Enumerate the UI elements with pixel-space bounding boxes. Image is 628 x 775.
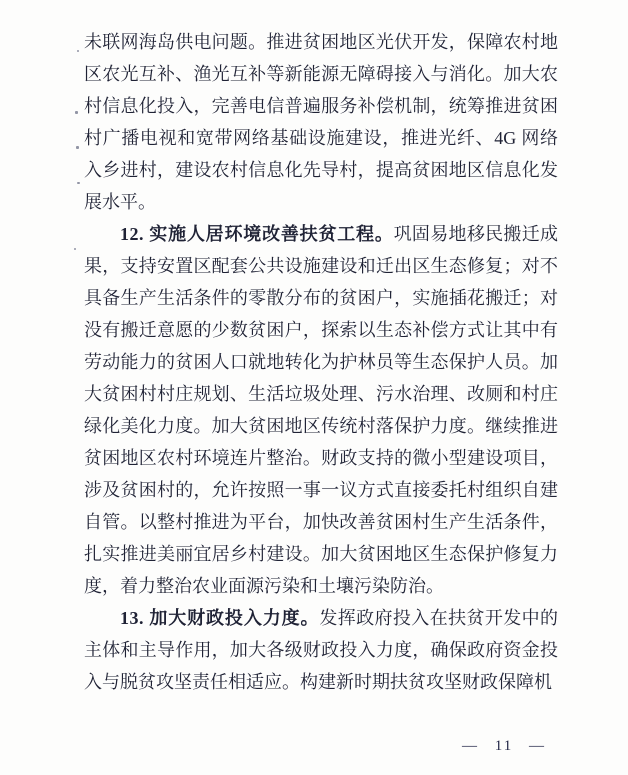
paragraph-continuation: 未联网海岛供电问题。推进贫困地区光伏开发，保障农村地区农光互补、渔光互补等新能源… — [84, 26, 558, 218]
paragraph-lead: 12. 实施人居环境改善扶贫工程。 — [120, 224, 394, 244]
scan-speck — [74, 248, 76, 250]
scan-speck — [76, 146, 79, 149]
paragraph-item-12: 12. 实施人居环境改善扶贫工程。巩固易地移民搬迁成果，支持安置区配套公共设施建… — [84, 218, 558, 602]
text-column: 未联网海岛供电问题。推进贫困地区光伏开发，保障农村地区农光互补、渔光互补等新能源… — [84, 26, 558, 698]
document-page: 未联网海岛供电问题。推进贫困地区光伏开发，保障农村地区农光互补、渔光互补等新能源… — [0, 0, 628, 775]
paragraph-text: 未联网海岛供电问题。推进贫困地区光伏开发，保障农村地区农光互补、渔光互补等新能源… — [84, 32, 558, 212]
scan-speck — [77, 50, 79, 52]
scan-speck — [75, 111, 78, 114]
page-number: — 11 — — [462, 738, 546, 755]
paragraph-text: 巩固易地移民搬迁成果，支持安置区配套公共设施建设和迁出区生态修复；对不具备生产生… — [84, 224, 558, 596]
scan-speck — [77, 182, 80, 184]
paragraph-item-13: 13. 加大财政投入力度。发挥政府投入在扶贫开发中的主体和主导作用，加大各级财政… — [84, 602, 558, 698]
paragraph-lead: 13. 加大财政投入力度。 — [120, 608, 319, 628]
